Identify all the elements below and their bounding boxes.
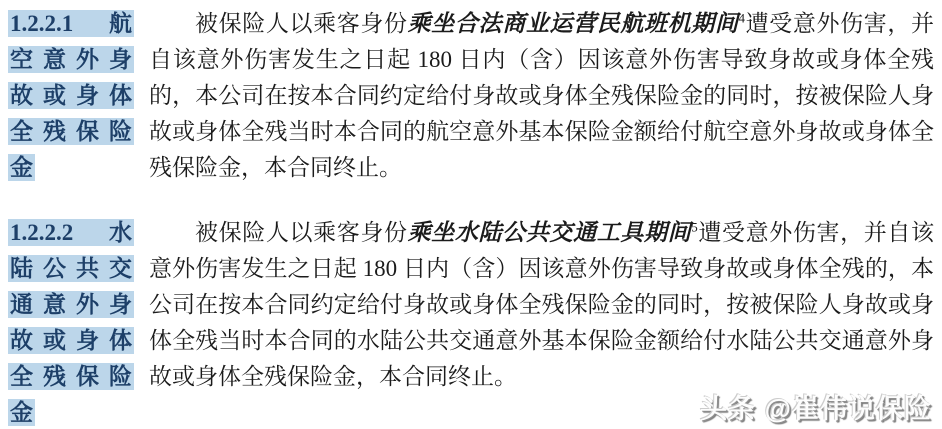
heading-line: 金 bbox=[8, 395, 134, 429]
paragraph-rest-text: 遭受意外伤害，并自该意外伤害发生之日起 180 日内（含）因该意外伤害导致身故或… bbox=[149, 11, 934, 180]
heading-line: 陆公共交 bbox=[8, 251, 134, 287]
document-page: 1.2.2.1 航 空意外身 故或身体 全残保险 金 被保险人以乘客身份乘坐合法… bbox=[0, 0, 942, 429]
heading-line-text: 金 bbox=[8, 399, 35, 426]
heading-line-text: 金 bbox=[8, 154, 35, 181]
emphasized-phrase: 乘坐水陆公共交通工具期间 bbox=[408, 220, 692, 245]
paragraph-lead-text: 被保险人以乘客身份 bbox=[195, 11, 408, 36]
clause-paragraph-1: 被保险人以乘客身份乘坐合法商业运营民航班机期间4遭受意外伤害，并自该意外伤害发生… bbox=[149, 6, 934, 186]
heading-line-text: 全残保险 bbox=[8, 118, 134, 145]
emphasized-phrase: 乘坐合法商业运营民航班机期间 bbox=[408, 11, 739, 36]
heading-line: 空意外身 bbox=[8, 42, 134, 78]
heading-line-text: 通意外身 bbox=[8, 291, 134, 318]
clause-heading-1: 1.2.2.1 航 空意外身 故或身体 全残保险 金 bbox=[8, 6, 134, 186]
heading-line: 全残保险 bbox=[8, 359, 134, 395]
heading-line: 故或身体 bbox=[8, 78, 134, 114]
clause-section-1-2-2-1: 1.2.2.1 航 空意外身 故或身体 全残保险 金 被保险人以乘客身份乘坐合法… bbox=[8, 6, 934, 186]
heading-line: 1.2.2.2 水 bbox=[8, 215, 134, 251]
paragraph-rest-text: 遭受意外伤害，并自该意外伤害发生之日起 180 日内（含）因该意外伤害导致身故或… bbox=[149, 220, 934, 389]
heading-line: 金 bbox=[8, 150, 134, 186]
heading-line-text: 1.2.2.1 航 bbox=[8, 10, 134, 37]
heading-line-text: 陆公共交 bbox=[8, 255, 134, 282]
heading-line: 全残保险 bbox=[8, 114, 134, 150]
paragraph-lead-text: 被保险人以乘客身份 bbox=[195, 220, 408, 245]
heading-line-text: 空意外身 bbox=[8, 46, 134, 73]
heading-line-text: 故或身体 bbox=[8, 327, 134, 354]
heading-line: 通意外身 bbox=[8, 287, 134, 323]
heading-line: 1.2.2.1 航 bbox=[8, 6, 134, 42]
heading-line-text: 全残保险 bbox=[8, 363, 134, 390]
watermark: 头条 @崔伟说保险 bbox=[700, 387, 932, 426]
clause-heading-2: 1.2.2.2 水 陆公共交 通意外身 故或身体 全残保险 金 bbox=[8, 215, 134, 429]
heading-line-text: 故或身体 bbox=[8, 82, 134, 109]
heading-line-text: 1.2.2.2 水 bbox=[8, 219, 134, 246]
heading-line: 故或身体 bbox=[8, 323, 134, 359]
